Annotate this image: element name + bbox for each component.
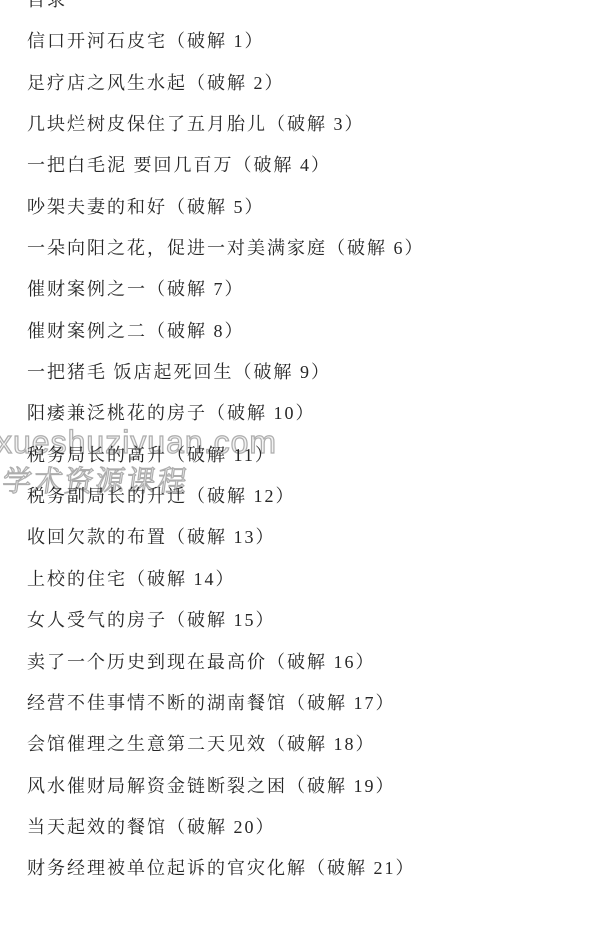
toc-item: 阳痿兼泛桃花的房子（破解 10） [27,403,425,444]
toc-item: 几块烂树皮保住了五月胎儿（破解 3） [27,114,425,155]
toc-item: 会馆催理之生意第二天见效（破解 18） [27,734,425,775]
toc-item: 经营不佳事情不断的湖南餐馆（破解 17） [27,693,425,734]
toc-item: 足疗店之风生水起（破解 2） [27,73,425,114]
document-page: xueshuziyuan.com 学术资源课程 目录 信口开河石皮宅（破解 1）… [0,0,604,925]
toc-title: 目录 [27,0,425,31]
toc-item: 一把白毛泥 要回几百万（破解 4） [27,155,425,196]
toc-item: 催财案例之一（破解 7） [27,279,425,320]
toc-item: 一把猪毛 饭店起死回生（破解 9） [27,362,425,403]
toc-item: 吵架夫妻的和好（破解 5） [27,197,425,238]
toc-item: 上校的住宅（破解 14） [27,569,425,610]
toc-item: 信口开河石皮宅（破解 1） [27,31,425,72]
toc-item: 风水催财局解资金链断裂之困（破解 19） [27,776,425,817]
toc-item: 卖了一个历史到现在最高价（破解 16） [27,652,425,693]
toc-item: 财务经理被单位起诉的官灾化解（破解 21） [27,858,425,899]
toc-item: 收回欠款的布置（破解 13） [27,527,425,568]
toc-item: 女人受气的房子（破解 15） [27,610,425,651]
toc-item: 一朵向阳之花，促进一对美满家庭（破解 6） [27,238,425,279]
toc-list: 目录 信口开河石皮宅（破解 1）足疗店之风生水起（破解 2）几块烂树皮保住了五月… [27,0,425,900]
toc-item: 当天起效的餐馆（破解 20） [27,817,425,858]
toc-item: 税务局长的高升（破解 11） [27,445,425,486]
toc-item: 税务副局长的升迁（破解 12） [27,486,425,527]
toc-item: 催财案例之二（破解 8） [27,321,425,362]
